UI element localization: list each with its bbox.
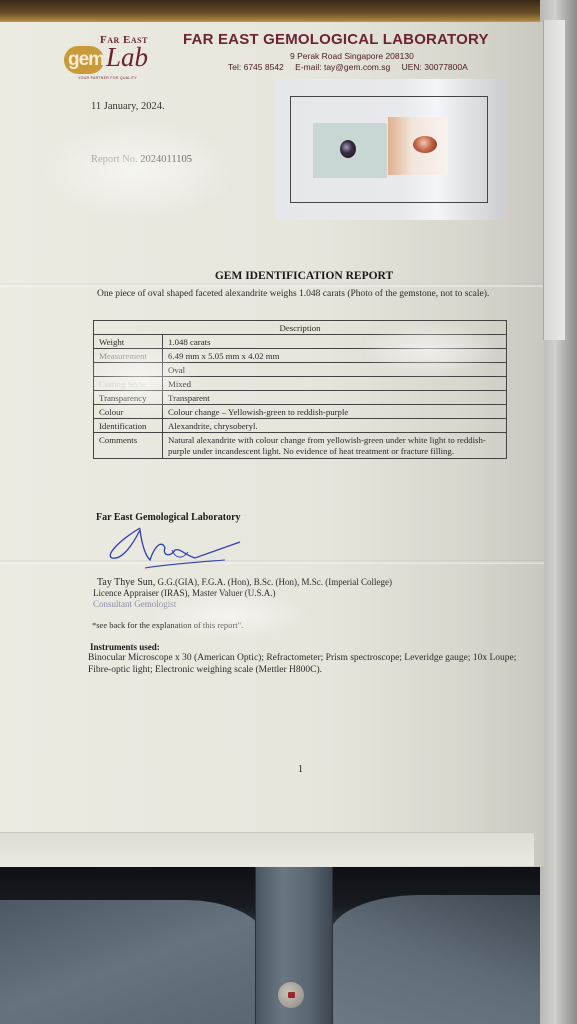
instruments-text: Binocular Microscope x 30 (American Opti… — [88, 653, 518, 676]
folder-top-edge — [0, 0, 548, 24]
table-row: Shape Oval — [94, 363, 507, 377]
report-number-label: Report No. — [91, 154, 138, 165]
description-table: Description Weight 1.048 carats Measurem… — [93, 320, 507, 459]
row-value: 1.048 carats — [163, 335, 507, 349]
row-label: Comments — [94, 433, 163, 459]
table-row: Comments Natural alexandrite with colour… — [94, 433, 507, 459]
signer-full-name: Tay Thye Sun, — [97, 577, 155, 588]
gemstone-icon — [413, 136, 437, 153]
signature-icon — [100, 520, 250, 572]
row-label: Transparency — [94, 391, 163, 405]
lab-contact: Tel: 6745 8542 E-mail: tay@gem.com.sg UE… — [228, 62, 477, 72]
row-value: 6.49 mm x 5.05 mm x 4.02 mm — [163, 349, 507, 363]
see-back-note: *see back for the explanation of this re… — [92, 620, 243, 630]
paper-bottom-edge — [0, 832, 534, 866]
report-date: 11 January, 2024. — [91, 101, 165, 112]
table-row: Measurement 6.49 mm x 5.05 mm x 4.02 mm — [94, 349, 507, 363]
lab-name: FAR EAST GEMOLOGICAL LABORATORY — [183, 31, 489, 48]
report-title: GEM IDENTIFICATION REPORT — [0, 270, 577, 282]
signer-role: Consultant Gemologist — [93, 599, 176, 609]
report-number-value: 2024011105 — [140, 154, 192, 165]
row-value: Natural alexandrite with colour change f… — [163, 433, 507, 459]
shirt-button-icon — [278, 982, 304, 1008]
row-label: Colour — [94, 405, 163, 419]
shirt-fold — [330, 895, 540, 1024]
row-label: Shape — [94, 363, 163, 377]
row-value: Colour change – Yellowish-green to reddi… — [163, 405, 507, 419]
logo-lab-text: Lab — [106, 42, 148, 73]
table-header: Description — [94, 321, 507, 335]
gemlab-logo: Far East gem Lab YOUR PARTNER FOR QUALIT… — [64, 34, 170, 84]
report-summary: One piece of oval shaped faceted alexand… — [97, 288, 517, 301]
report-number: Report No. 2024011105 — [91, 154, 192, 165]
row-value: Transparent — [163, 391, 507, 405]
row-label: Cutting Style — [94, 377, 163, 391]
row-label: Identification — [94, 419, 163, 433]
page-number: 1 — [298, 764, 303, 775]
instruments-title: Instruments used: — [90, 642, 160, 652]
table-row: Cutting Style Mixed — [94, 377, 507, 391]
signer-name: Tay Thye Sun, G.G.(GIA), F.G.A. (Hon), B… — [97, 577, 392, 588]
paper-fold-line — [0, 283, 544, 287]
lab-email: E-mail: tay@gem.com.sg — [295, 62, 390, 72]
table-row: Colour Colour change – Yellowish-green t… — [94, 405, 507, 419]
shirt-fold — [0, 900, 265, 1024]
row-value: Alexandrite, chrysoberyl. — [163, 419, 507, 433]
row-label: Measurement — [94, 349, 163, 363]
gemstone-icon — [340, 140, 356, 158]
table-row: Transparency Transparent — [94, 391, 507, 405]
row-value: Mixed — [163, 377, 507, 391]
logo-gem-badge: gem — [64, 46, 104, 74]
table-row: Identification Alexandrite, chrysoberyl. — [94, 419, 507, 433]
logo-tagline: YOUR PARTNER FOR QUALITY — [78, 76, 137, 80]
row-label: Weight — [94, 335, 163, 349]
plastic-sleeve — [543, 20, 565, 340]
table-row: Weight 1.048 carats — [94, 335, 507, 349]
lab-tel: Tel: 6745 8542 — [228, 62, 284, 72]
signer-credentials: G.G.(GIA), F.G.A. (Hon), B.Sc. (Hon), M.… — [158, 577, 393, 587]
signer-licence: Licence Appraiser (IRAS), Master Valuer … — [93, 588, 276, 598]
paper-fold-line — [0, 560, 544, 564]
row-value: Oval — [163, 363, 507, 377]
lab-address: 9 Perak Road Singapore 208130 — [290, 51, 414, 61]
lab-uen: UEN: 30077800A — [402, 62, 468, 72]
